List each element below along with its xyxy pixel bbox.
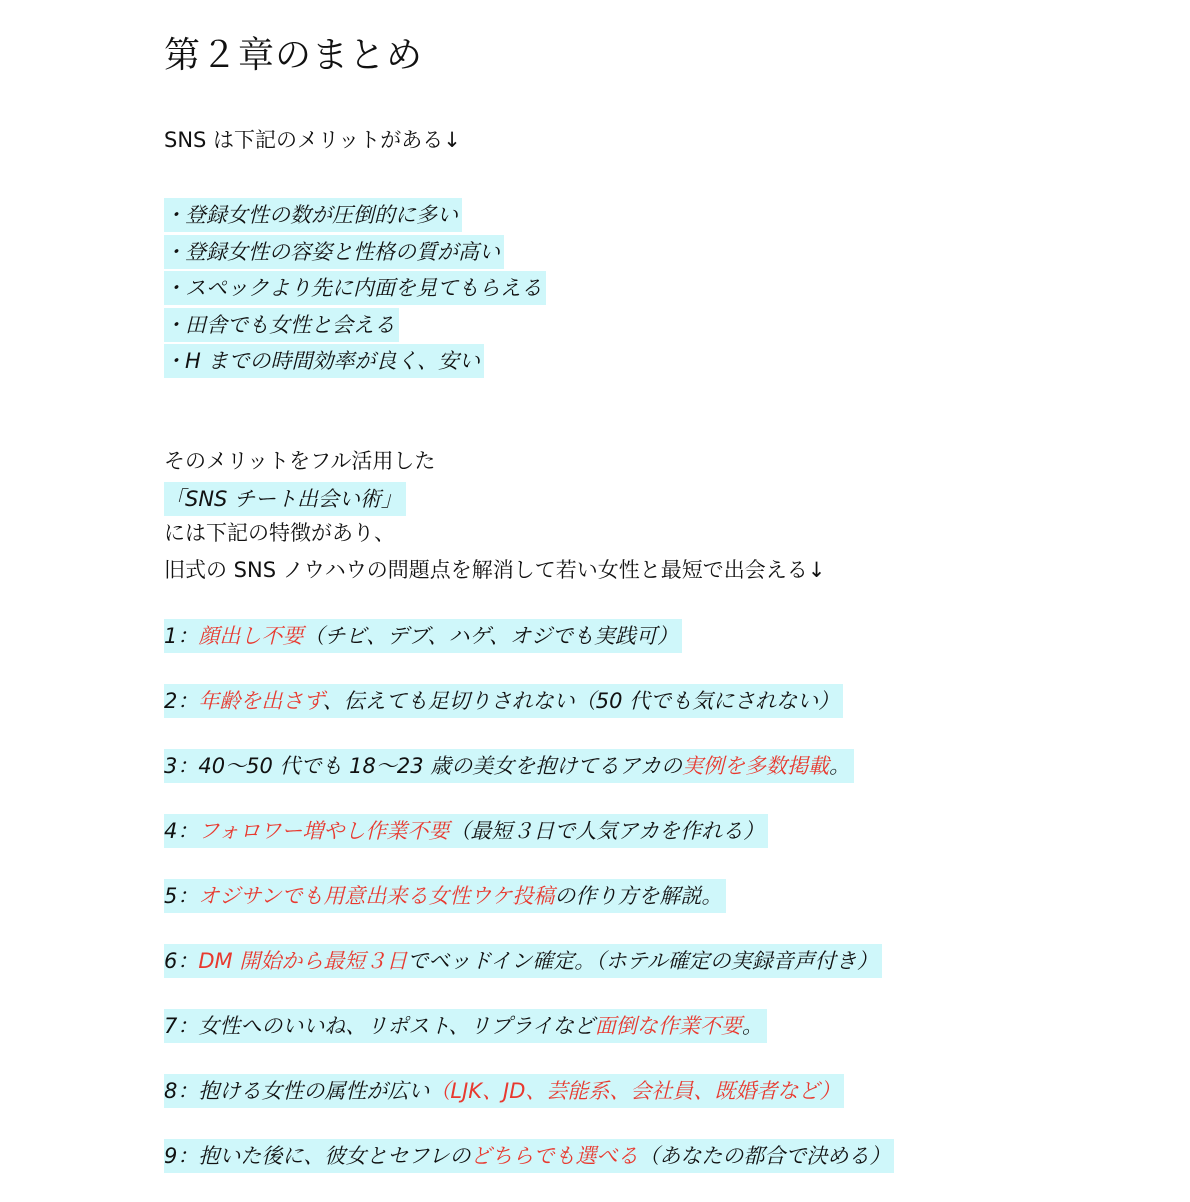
intro-text: SNS は下記のメリットがある↓ (164, 125, 461, 155)
merit-item: ・スペックより先に内面を見てもらえる (164, 271, 546, 305)
feature-item: 1：顔出し不要（チビ、デブ、ハゲ、オジでも実践可） (164, 619, 682, 653)
merit-item: ・H までの時間効率が良く、安い (164, 344, 484, 378)
feature-item: 5：オジサンでも用意出来る女性ウケ投稿の作り方を解説。 (164, 879, 726, 913)
feature-item: 6：DM 開始から最短３日でベッドイン確定。（ホテル確定の実録音声付き） (164, 944, 882, 978)
method-name: 「SNS チート出会い術」 (164, 482, 406, 516)
merit-item: ・登録女性の数が圧倒的に多い (164, 198, 462, 232)
lead-text: そのメリットをフル活用した (164, 446, 435, 476)
merit-item: ・田舎でも女性と会える (164, 308, 399, 342)
feature-item: 9：抱いた後に、彼女とセフレのどちらでも選べる（あなたの都合で決める） (164, 1139, 894, 1173)
page-title: 第２章のまとめ (164, 34, 423, 78)
lead-text: には下記の特徴があり、 (164, 518, 395, 548)
feature-item: 2：年齢を出さず、伝えても足切りされない（50 代でも気にされない） (164, 684, 843, 718)
feature-item: 7：女性へのいいね、リポスト、リプライなど面倒な作業不要。 (164, 1009, 767, 1043)
feature-item: 4：フォロワー増やし作業不要（最短３日で人気アカを作れる） (164, 814, 768, 848)
feature-item: 3：40〜50 代でも 18〜23 歳の美女を抱けてるアカの実例を多数掲載。 (164, 749, 854, 783)
merit-item: ・登録女性の容姿と性格の質が高い (164, 235, 504, 269)
lead-text: 旧式の SNS ノウハウの問題点を解消して若い女性と最短で出会える↓ (164, 555, 825, 585)
feature-item: 8：抱ける女性の属性が広い（LJK、JD、芸能系、会社員、既婚者など） (164, 1074, 844, 1108)
